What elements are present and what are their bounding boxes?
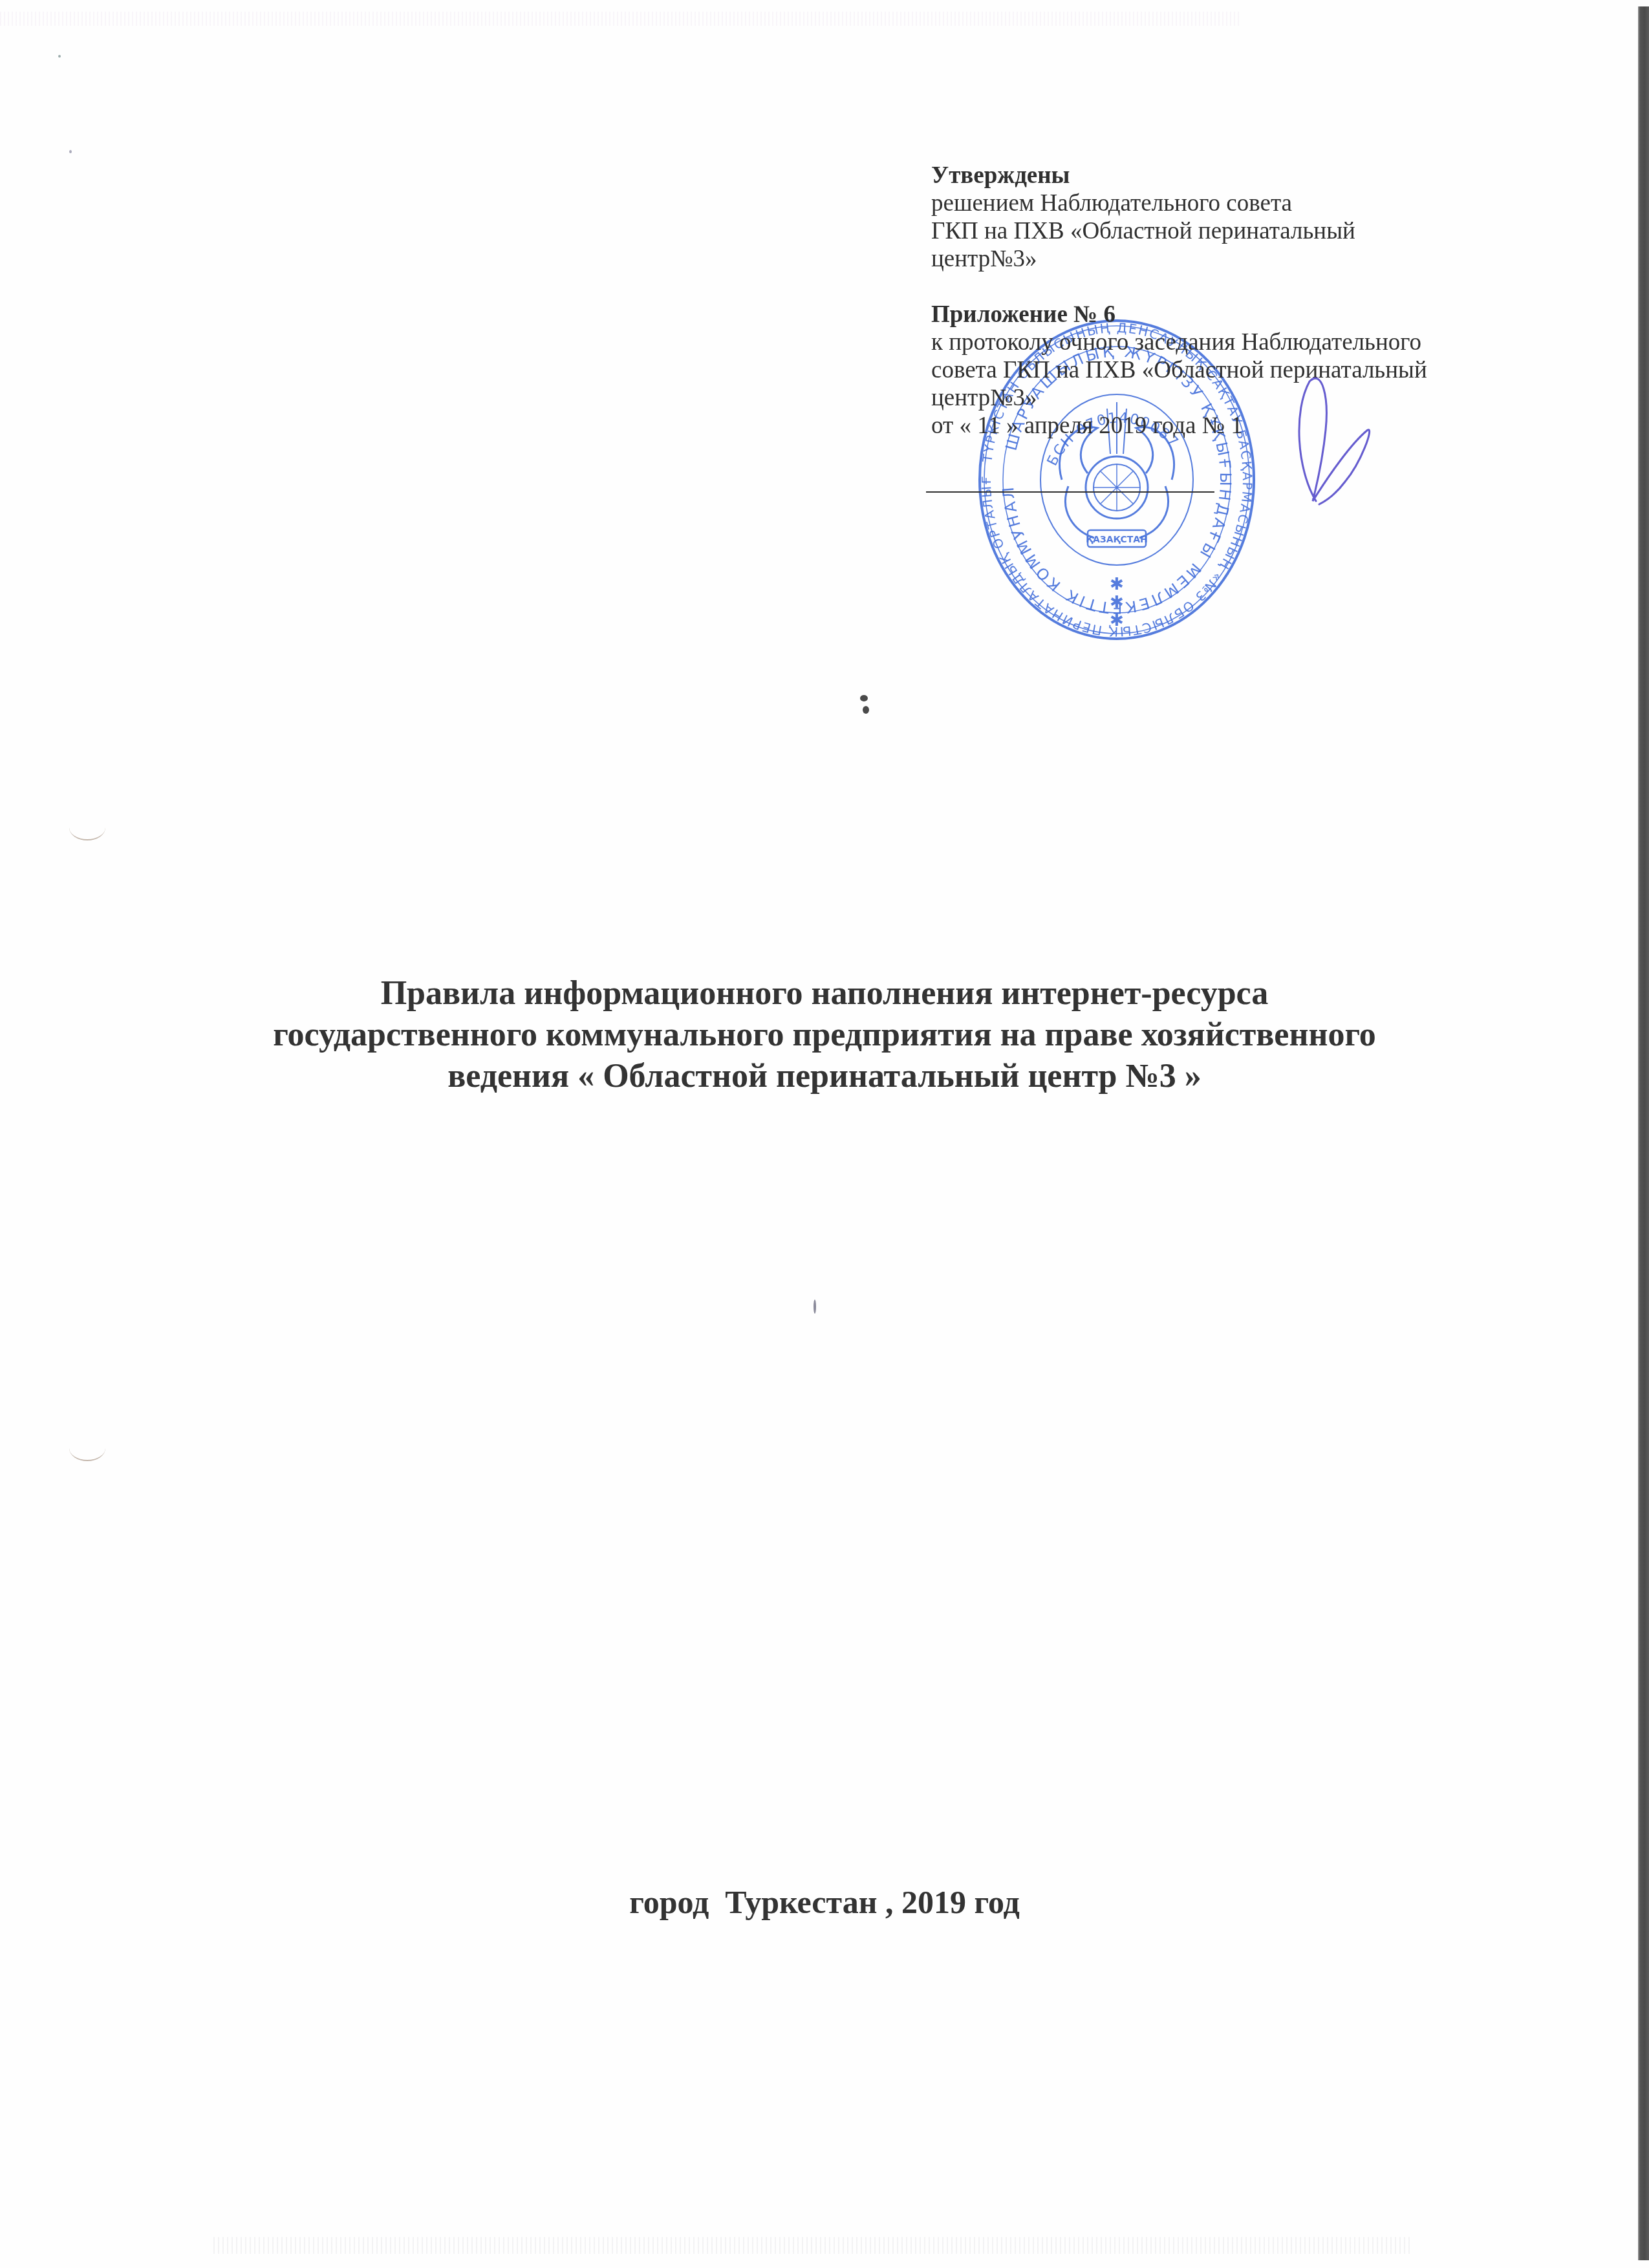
title-line: государственного коммунального предприят… [194,1014,1455,1056]
scan-speck [69,150,72,153]
approval-line: решением Наблюдательного совета [931,189,1578,217]
svg-text:✱: ✱ [1110,575,1124,594]
title-line: ведения « Областной перинатальный центр … [194,1056,1455,1097]
document-title: Правила информационного наполнения интер… [194,973,1455,1097]
approval-block: Утверждены решением Наблюдательного сове… [931,162,1578,440]
page-edge-shadow [1638,6,1649,2260]
scan-noise-top [0,12,1242,26]
appendix-line: центр№3» [931,384,1578,412]
title-line: Правила информационного наполнения интер… [194,973,1455,1014]
scan-noise-bottom [213,2237,1410,2254]
scan-speck [58,55,61,58]
place-and-year: город Туркестан , 2019 год [517,1883,1132,1921]
scan-speck [863,706,869,714]
approval-line: центр№3» [931,245,1578,273]
appendix-heading: Приложение № 6 [931,301,1578,328]
appendix-date-line: от « 11 » апреля 2019 года № 1 [931,412,1578,440]
punch-hole-mark [69,1434,105,1461]
approval-line: ГКП на ПХВ «Областной перинатальный [931,217,1578,245]
approval-heading: Утверждены [931,162,1578,189]
scan-speck [814,1300,816,1314]
scan-speck [860,695,868,701]
appendix-line: к протоколу очного заседания Наблюдатель… [931,328,1578,356]
appendix-line: совета ГКП на ПХВ «Областной перинатальн… [931,356,1578,384]
svg-text:✱: ✱ [1110,611,1124,630]
handwritten-signature [1290,372,1374,508]
punch-hole-mark [69,813,105,840]
stamp-emblem-label: ҚАЗАҚСТАН [1086,535,1148,545]
spacer [931,273,1578,301]
svg-text:✱: ✱ [1110,593,1124,612]
document-page: Утверждены решением Наблюдательного сове… [0,0,1649,2268]
signature-rule [926,491,1214,493]
